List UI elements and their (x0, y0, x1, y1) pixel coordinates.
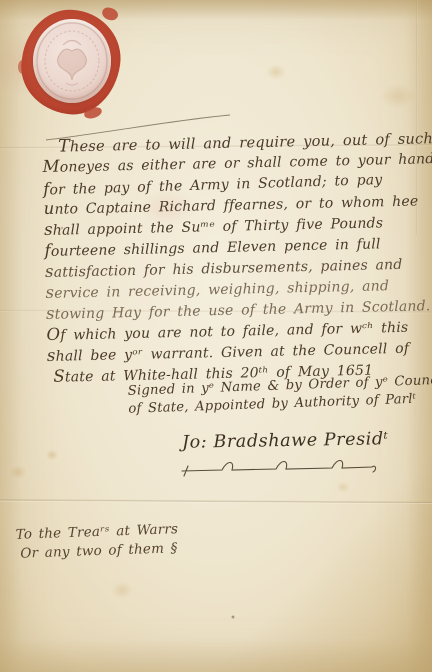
wax-seal (18, 6, 128, 120)
seal-shield-device (58, 49, 87, 80)
letter-body: These are to will and require you, out o… (42, 130, 420, 388)
fold-crease-bottom (0, 499, 432, 505)
seal-emblem-icon (33, 19, 111, 103)
seal-base-stroke (66, 83, 78, 85)
signature-flourish (180, 458, 382, 480)
seal-crest-stroke (63, 41, 81, 46)
manuscript-page: These are to will and require you, out o… (0, 0, 432, 672)
address-docket: To the Treaʳˢ at Warrs Or any two of the… (15, 520, 179, 564)
signature-flourish-path (182, 461, 376, 477)
signature-bradshawe: Jo: Bradshawe Presidᵗ (182, 429, 389, 453)
